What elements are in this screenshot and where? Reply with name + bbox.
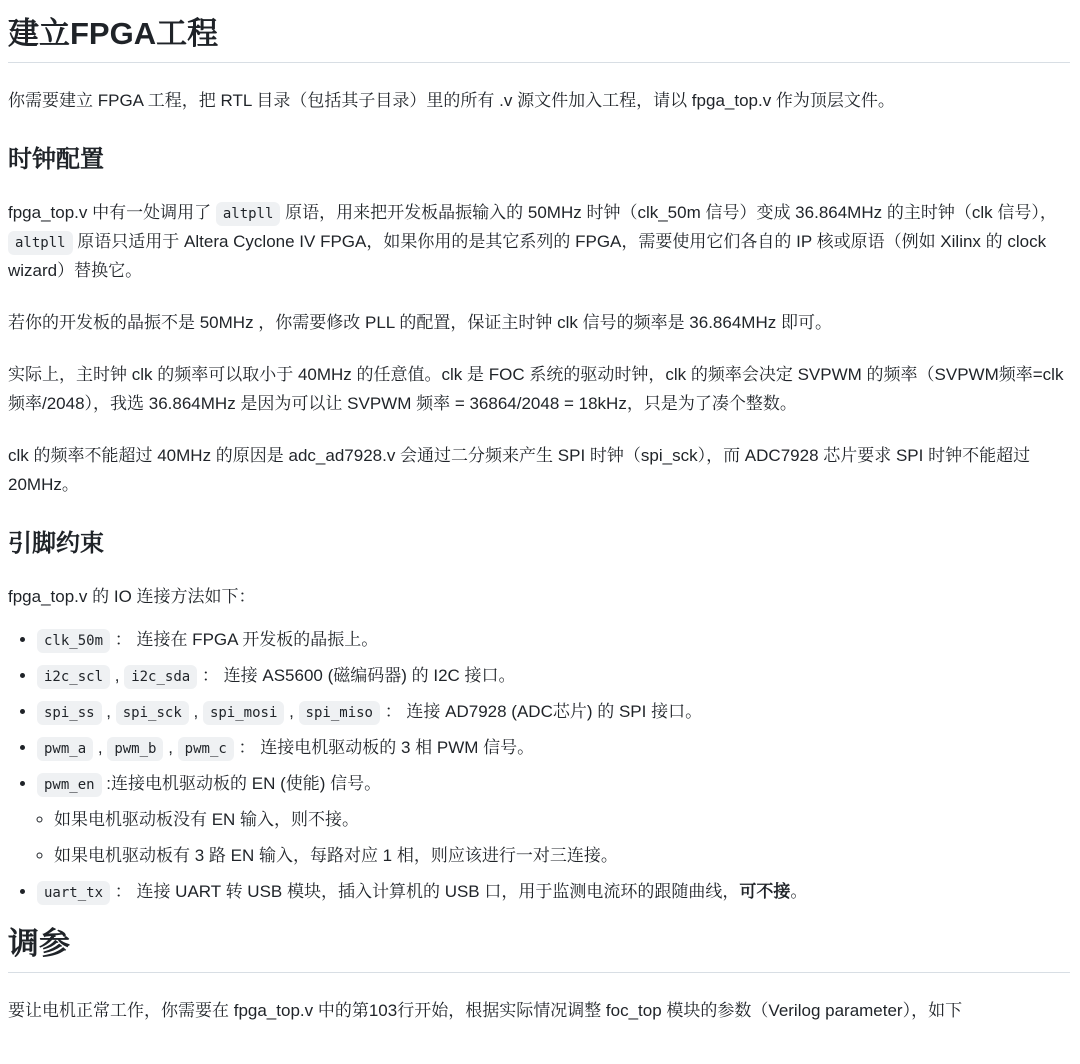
inline-code: pwm_b bbox=[107, 737, 163, 761]
text-run: , bbox=[189, 702, 203, 721]
text-run: 如果电机驱动板没有 EN 输入，则不接。 bbox=[54, 810, 359, 829]
text-run: fpga_top.v 的 IO 连接方法如下： bbox=[8, 587, 256, 606]
inline-code: pwm_en bbox=[37, 773, 102, 797]
text-run: 若你的开发板的晶振不是 50MHz ，你需要修改 PLL 的配置，保证主时钟 c… bbox=[8, 313, 832, 332]
inline-code: i2c_scl bbox=[37, 665, 110, 689]
text-run: 如果电机驱动板有 3 路 EN 输入，每路对应 1 相，则应该进行一对三连接。 bbox=[54, 846, 618, 865]
paragraph-clk-limit: clk 的频率不能超过 40MHz 的原因是 adc_ad7928.v 会通过二… bbox=[8, 441, 1070, 499]
paragraph-altpll: fpga_top.v 中有一处调用了 altpll 原语，用来把开发板晶振输入的… bbox=[8, 198, 1070, 285]
section-title-tuning: 调参 bbox=[8, 924, 1070, 973]
paragraph-io-intro: fpga_top.v 的 IO 连接方法如下： bbox=[8, 582, 1070, 611]
pin-list: clk_50m ： 连接在 FPGA 开发板的晶振上。i2c_scl , i2c… bbox=[8, 625, 1070, 906]
inline-code: i2c_sda bbox=[124, 665, 197, 689]
text-run: , bbox=[110, 666, 124, 685]
section-title-build-fpga-project: 建立FPGA工程 bbox=[8, 14, 1070, 63]
inline-code: spi_ss bbox=[37, 701, 102, 725]
list-item: i2c_scl , i2c_sda ： 连接 AS5600 (磁编码器) 的 I… bbox=[37, 661, 1070, 690]
list-item: pwm_a , pwm_b , pwm_c ： 连接电机驱动板的 3 相 PWM… bbox=[37, 733, 1070, 762]
paragraph-pll-modify: 若你的开发板的晶振不是 50MHz ，你需要修改 PLL 的配置，保证主时钟 c… bbox=[8, 308, 1070, 337]
text-run: 。 bbox=[790, 882, 807, 901]
text-run: 你需要建立 FPGA 工程，把 RTL 目录（包括其子目录）里的所有 .v 源文… bbox=[8, 91, 895, 110]
sub-list-item: 如果电机驱动板有 3 路 EN 输入，每路对应 1 相，则应该进行一对三连接。 bbox=[54, 841, 1070, 870]
text-run: :连接电机驱动板的 EN (使能) 信号。 bbox=[102, 774, 382, 793]
text-run: , bbox=[284, 702, 298, 721]
inline-code: clk_50m bbox=[37, 629, 110, 653]
section-title-pin-constraints: 引脚约束 bbox=[8, 528, 1070, 559]
text-run: 实际上，主时钟 clk 的频率可以取小于 40MHz 的任意值。clk 是 FO… bbox=[8, 365, 1063, 413]
paragraph-tuning-intro: 要让电机正常工作，你需要在 fpga_top.v 中的第103行开始，根据实际情… bbox=[8, 996, 1070, 1025]
inline-code: spi_miso bbox=[299, 701, 380, 725]
text-run: ： 连接电机驱动板的 3 相 PWM 信号。 bbox=[234, 738, 534, 757]
list-item: uart_tx ： 连接 UART 转 USB 模块，插入计算机的 USB 口，… bbox=[37, 877, 1070, 906]
sub-list: 如果电机驱动板没有 EN 输入，则不接。如果电机驱动板有 3 路 EN 输入，每… bbox=[37, 805, 1070, 870]
sub-list-item: 如果电机驱动板没有 EN 输入，则不接。 bbox=[54, 805, 1070, 834]
text-run: clk 的频率不能超过 40MHz 的原因是 adc_ad7928.v 会通过二… bbox=[8, 446, 1030, 494]
bold-text: 可不接 bbox=[739, 882, 790, 901]
text-run: 要让电机正常工作，你需要在 fpga_top.v 中的第103行开始，根据实际情… bbox=[8, 1001, 962, 1020]
paragraph-intro: 你需要建立 FPGA 工程，把 RTL 目录（包括其子目录）里的所有 .v 源文… bbox=[8, 86, 1070, 115]
list-item: pwm_en :连接电机驱动板的 EN (使能) 信号。如果电机驱动板没有 EN… bbox=[37, 769, 1070, 870]
list-item: spi_ss , spi_sck , spi_mosi , spi_miso ：… bbox=[37, 697, 1070, 726]
text-run: , bbox=[93, 738, 107, 757]
inline-code: uart_tx bbox=[37, 881, 110, 905]
text-run: , bbox=[102, 702, 116, 721]
text-run: 原语只适用于 Altera Cyclone IV FPGA，如果你用的是其它系列… bbox=[8, 232, 1046, 280]
inline-code: spi_sck bbox=[116, 701, 189, 725]
document-body: 建立FPGA工程你需要建立 FPGA 工程，把 RTL 目录（包括其子目录）里的… bbox=[0, 0, 1080, 1064]
paragraph-clk-frequency: 实际上，主时钟 clk 的频率可以取小于 40MHz 的任意值。clk 是 FO… bbox=[8, 360, 1070, 418]
section-title-clock-config: 时钟配置 bbox=[8, 144, 1070, 175]
text-run: ： 连接 AS5600 (磁编码器) 的 I2C 接口。 bbox=[197, 666, 515, 685]
text-run: ： 连接 AD7928 (ADC芯片) 的 SPI 接口。 bbox=[380, 702, 702, 721]
text-run: , bbox=[163, 738, 177, 757]
inline-code: altpll bbox=[216, 202, 281, 226]
text-run: ： 连接 UART 转 USB 模块，插入计算机的 USB 口，用于监测电流环的… bbox=[110, 882, 739, 901]
text-run: 原语，用来把开发板晶振输入的 50MHz 时钟（clk_50m 信号）变成 36… bbox=[280, 203, 1056, 222]
inline-code: pwm_c bbox=[178, 737, 234, 761]
inline-code: spi_mosi bbox=[203, 701, 284, 725]
inline-code: pwm_a bbox=[37, 737, 93, 761]
text-run: ： 连接在 FPGA 开发板的晶振上。 bbox=[110, 630, 378, 649]
list-item: clk_50m ： 连接在 FPGA 开发板的晶振上。 bbox=[37, 625, 1070, 654]
inline-code: altpll bbox=[8, 231, 73, 255]
text-run: fpga_top.v 中有一处调用了 bbox=[8, 203, 216, 222]
